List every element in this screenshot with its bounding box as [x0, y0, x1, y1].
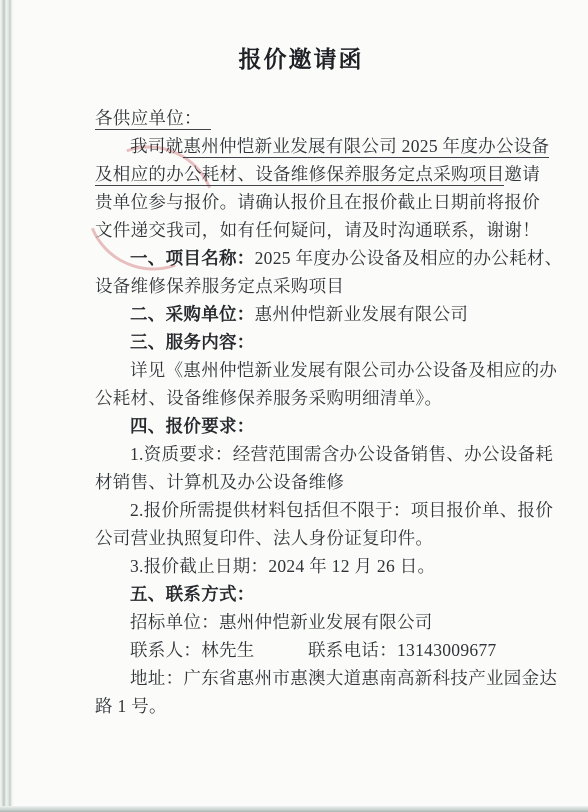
text-segment: 各供应单位： — [95, 108, 211, 130]
text-segment: 2.报价所需提供材料包括但不限于：项目报价单、报价 — [130, 500, 553, 520]
scanned-page-left-edge — [0, 0, 14, 812]
text-line: 一、项目名称：2025 年度办公设备及相应的办公耗材、 — [95, 244, 539, 272]
text-segment: 路 1 号。 — [95, 696, 167, 716]
text-line: 2.报价所需提供材料包括但不限于：项目报价单、报价 — [95, 496, 539, 524]
text-line: 及相应的办公耗材、设备维修保养服务定点采购项目邀请 — [95, 160, 539, 188]
text-segment: 文件递交我司，如有任何疑问，请及时沟通联系，谢谢！ — [95, 220, 540, 240]
text-line: 地址：广东省惠州市惠澳大道惠南高新科技产业园金达 — [95, 664, 539, 692]
scanned-document-page: 报价邀请函 各供应单位： 我司就惠州仲恺新业发展有限公司 2025 年度办公设备… — [14, 0, 588, 812]
text-line: 路 1 号。 — [95, 692, 539, 720]
text-segment: 邀请 — [504, 164, 540, 184]
text-segment: 及相应的办公耗材、设备维修保养服务定点采购项目 — [95, 164, 504, 186]
text-line: 详见《惠州仲恺新业发展有限公司办公设备及相应的办 — [95, 356, 539, 384]
text-segment: 1.资质要求：经营范围需含办公设备销售、办公设备耗 — [130, 444, 553, 464]
text-line: 材销售、计算机及办公设备维修 — [95, 468, 539, 496]
text-line: 3.报价截止日期：2024 年 12 月 26 日。 — [95, 552, 539, 580]
text-segment: 贵单位参与报价。请确认报价且在报价截止日期前将报价 — [95, 192, 540, 212]
text-line: 设备维修保养服务定点采购项目 — [95, 272, 539, 300]
text-segment: 详见《惠州仲恺新业发展有限公司办公设备及相应的办 — [130, 360, 557, 380]
text-segment: 惠州仲恺新业发展有限公司 2025 年度办公设备 — [183, 136, 549, 158]
text-segment: 设备维修保养服务定点采购项目 — [95, 276, 344, 296]
text-segment: 惠州仲恺新业发展有限公司 — [255, 304, 469, 324]
text-line: 各供应单位： — [95, 104, 539, 132]
text-segment: 公耗材、设备维修保养服务采购明细清单》。 — [95, 388, 442, 408]
text-line: 四、报价要求： — [95, 412, 539, 440]
heading-label: 二、采购单位： — [130, 304, 255, 324]
heading-label: 四、报价要求： — [130, 416, 255, 436]
text-line: 公耗材、设备维修保养服务采购明细清单》。 — [95, 384, 539, 412]
text-line: 我司就惠州仲恺新业发展有限公司 2025 年度办公设备 — [95, 132, 539, 160]
text-segment: 我司就 — [130, 136, 183, 156]
heading-label: 一、项目名称： — [130, 248, 255, 268]
text-line: 贵单位参与报价。请确认报价且在报价截止日期前将报价 — [95, 188, 539, 216]
text-line: 1.资质要求：经营范围需含办公设备销售、办公设备耗 — [95, 440, 539, 468]
text-segment: 招标单位：惠州仲恺新业发展有限公司 — [130, 612, 433, 632]
document-body: 各供应单位： 我司就惠州仲恺新业发展有限公司 2025 年度办公设备及相应的办公… — [95, 104, 539, 720]
text-line: 五、联系方式： — [95, 580, 539, 608]
heading-label: 三、服务内容： — [130, 332, 255, 352]
text-segment: 公司营业执照复印件、法人身份证复印件。 — [95, 528, 433, 548]
text-segment: 材销售、计算机及办公设备维修 — [95, 472, 344, 492]
text-line: 文件递交我司，如有任何疑问，请及时沟通联系，谢谢！ — [95, 216, 539, 244]
text-segment: 3.报价截止日期：2024 年 12 月 26 日。 — [130, 556, 435, 576]
text-line: 三、服务内容： — [95, 328, 539, 356]
text-segment: 地址：广东省惠州市惠澳大道惠南高新科技产业园金达 — [130, 668, 557, 688]
heading-label: 五、联系方式： — [130, 584, 255, 604]
text-line: 二、采购单位：惠州仲恺新业发展有限公司 — [95, 300, 539, 328]
text-segment: 联系人：林先生 联系电话：13143009677 — [130, 640, 497, 660]
text-segment: 2025 年度办公设备及相应的办公耗材、 — [255, 248, 563, 268]
document-title: 报价邀请函 — [14, 45, 588, 75]
text-line: 联系人：林先生 联系电话：13143009677 — [95, 636, 539, 664]
text-line: 招标单位：惠州仲恺新业发展有限公司 — [95, 608, 539, 636]
text-line: 公司营业执照复印件、法人身份证复印件。 — [95, 524, 539, 552]
